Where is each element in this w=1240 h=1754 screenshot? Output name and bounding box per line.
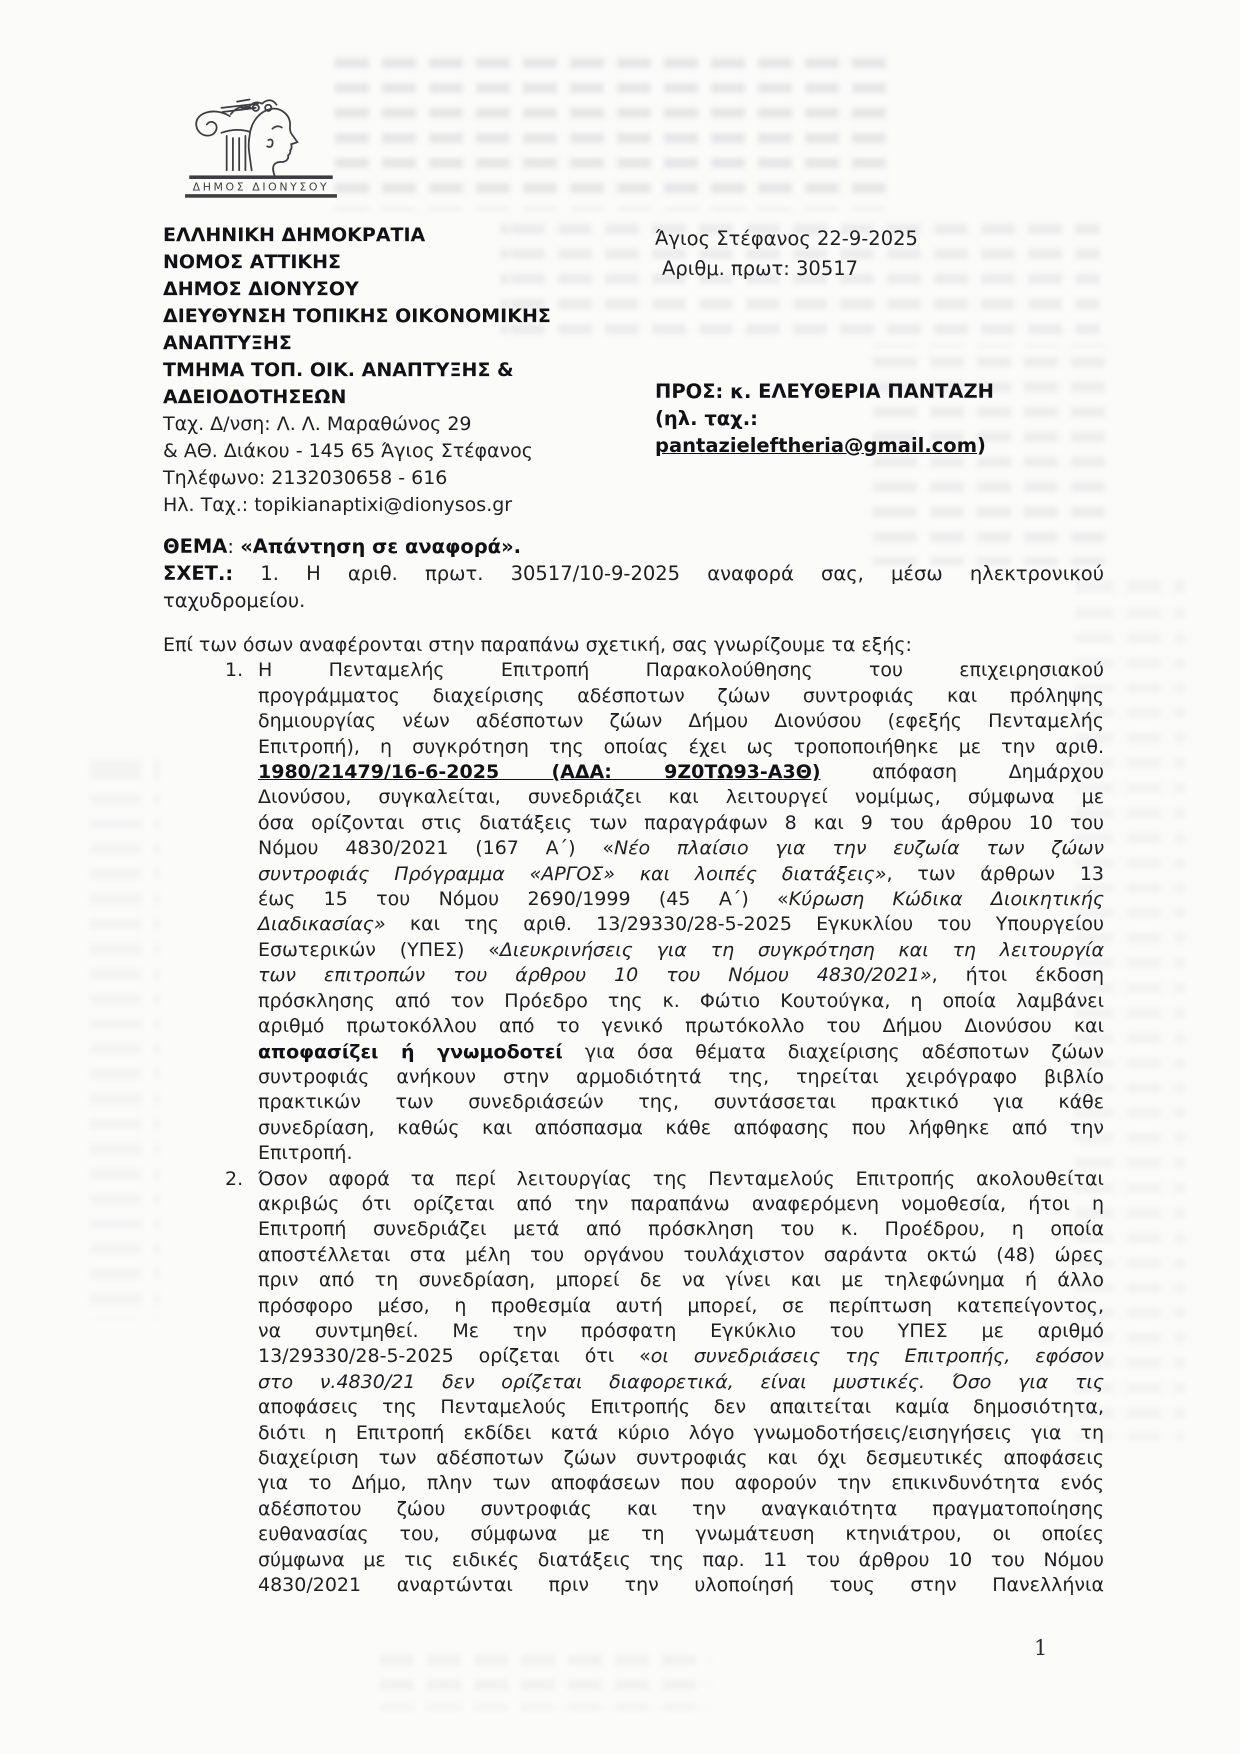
bleedthrough-artifact — [380, 1655, 710, 1710]
page-number: 1 — [1034, 1636, 1047, 1660]
sender-agency-lines: ΕΛΛΗΝΙΚΗ ΔΗΜΟΚΡΑΤΙΑΝΟΜΟΣ ΑΤΤΙΚΗΣΔΗΜΟΣ ΔΙ… — [163, 222, 633, 411]
bleedthrough-artifact — [335, 58, 895, 210]
text-line: Τηλέφωνο: 2132030658 - 616 — [163, 465, 633, 492]
text-line: αποστέλλεται στα μέλη του οργάνου τουλάχ… — [258, 1243, 1104, 1268]
text-line: πρόσκλησης από τον Πρόεδρο της κ. Φώτιο … — [258, 989, 1104, 1014]
text-line: ΝΟΜΟΣ ΑΤΤΙΚΗΣ — [163, 249, 633, 276]
place-date: Άγιος Στέφανος 22-9-2025 — [655, 224, 1085, 254]
text-line: αποφασίζει ή γνωμοδοτεί για όσα θέματα δ… — [258, 1040, 1104, 1065]
letter-body: Επί των όσων αναφέρονται στην παραπάνω σ… — [163, 633, 1104, 1598]
text-line: αδέσποτου ζώου συντροφιάς και την αναγκα… — [258, 1497, 1104, 1522]
text-line: 4830/2021 αναρτώνται πριν την υλοποίησή … — [258, 1573, 1104, 1598]
text-line: διαχείριση των αδέσποτων ζώων συντροφιάς… — [258, 1446, 1104, 1471]
text-line: & ΑΘ. Διάκου - 145 65 Άγιος Στέφανος — [163, 438, 633, 465]
text-line: Διαδικασίας» και της αριθ. 13/29330/28-5… — [258, 912, 1104, 937]
scanned-letter-page: ΔΗΜΟΣ ΔΙΟΝΥΣΟΥ ΕΛΛΗΝΙΚΗ ΔΗΜΟΚΡΑΤΙΑΝΟΜΟΣ … — [0, 0, 1240, 1754]
list-item-text: Η Πενταμελής Επιτροπή Παρακολούθησης του… — [258, 658, 1104, 1166]
intro-line: Επί των όσων αναφέρονται στην παραπάνω σ… — [163, 633, 1104, 658]
text-line: Όσον αφορά τα περί λειτουργίας της Πεντα… — [258, 1167, 1104, 1192]
text-line: ακριβώς ότι ορίζεται από την παραπάνω αν… — [258, 1192, 1104, 1217]
text-line: πρακτικών των συνεδριάσεών της, συντάσσε… — [258, 1090, 1104, 1115]
text-line: στο ν.4830/21 δεν ορίζεται διαφορετικά, … — [258, 1370, 1104, 1395]
list-item-2: 2. Όσον αφορά τα περί λειτουργίας της Πε… — [163, 1167, 1104, 1599]
text-line: δημιουργίας νέων αδέσποτων ζώων Δήμου Δι… — [258, 709, 1104, 734]
text-line: όσα ορίζονται στις διατάξεις των παραγρά… — [258, 811, 1104, 836]
list-item-1: 1. Η Πενταμελής Επιτροπή Παρακολούθησης … — [163, 658, 1104, 1166]
text-line: Διονύσου, συγκαλείται, συνεδριάζει και λ… — [258, 785, 1104, 810]
recipient-block: ΠΡΟΣ: κ. ΕΛΕΥΘΕΡΙΑ ΠΑΝΤΑΖΗ(ηλ. ταχ.:pant… — [655, 378, 1085, 459]
text-line: ΘΕΜΑ: «Απάντηση σε αναφορά». — [163, 533, 1104, 560]
text-line: συντροφιάς Πρόγραμμα «ΑΡΓΟΣ» και λοιπές … — [258, 862, 1104, 887]
text-line: 1980/21479/16-6-2025 (ΑΔΑ: 9Ζ0ΤΩ93-Α3Θ) … — [258, 760, 1104, 785]
text-line: (ηλ. ταχ.: — [655, 405, 1085, 432]
protocol-number: Αριθμ. πρωτ: 30517 — [655, 254, 1085, 284]
text-line: των επιτροπών του άρθρου 10 του Νόμου 48… — [258, 963, 1104, 988]
text-line: ΠΡΟΣ: κ. ΕΛΕΥΘΕΡΙΑ ΠΑΝΤΑΖΗ — [655, 378, 1085, 405]
text-line: συνεδρίαση, καθώς και απόσπασμα κάθε από… — [258, 1116, 1104, 1141]
text-line: να συντμηθεί. Με την πρόσφατη Εγκύκλιο τ… — [258, 1319, 1104, 1344]
text-line: Ηλ. Ταχ.: topikianaptixi@dionysos.gr — [163, 492, 633, 519]
text-line: 13/29330/28-5-2025 ορίζεται ότι «οι συνε… — [258, 1344, 1104, 1369]
text-line: πρόσφορο μέσο, η προθεσμία αυτή μπορεί, … — [258, 1294, 1104, 1319]
text-line: Νόμου 4830/2021 (167 Α΄) «Νέο πλαίσιο γι… — [258, 836, 1104, 861]
text-line: ευθανασίας του, σύμφωνα με τη γνωμάτευση… — [258, 1522, 1104, 1547]
text-line: Εσωτερικών (ΥΠΕΣ) «Διευκρινήσεις για τη … — [258, 938, 1104, 963]
text-line: σύμφωνα με τις ειδικές διατάξεις της παρ… — [258, 1548, 1104, 1573]
text-line: αποφάσεις της Πενταμελούς Επιτροπής δεν … — [258, 1395, 1104, 1420]
sender-contact-lines: Ταχ. Δ/νση: Λ. Λ. Μαραθώνος 29& ΑΘ. Διάκ… — [163, 411, 633, 519]
text-line: Επιτροπή), η συγκρότηση της οποίας έχει … — [258, 735, 1104, 760]
meta-block: Άγιος Στέφανος 22-9-2025 Αριθμ. πρωτ: 30… — [655, 224, 1085, 284]
column-head-icon: ΔΗΜΟΣ ΔΙΟΝΥΣΟΥ — [183, 96, 339, 206]
text-line: pantazieleftheria@gmail.com) — [655, 432, 1085, 459]
text-line: ΑΔΕΙΟΔΟΤΗΣΕΩΝ — [163, 384, 633, 411]
text-line: ΔΙΕΥΘΥΝΣΗ ΤΟΠΙΚΗΣ ΟΙΚΟΝΟΜΙΚΗΣ — [163, 303, 633, 330]
list-item-number: 2. — [225, 1167, 257, 1192]
text-line: Επιτροπή. — [258, 1141, 1104, 1166]
text-line: συντροφιάς ανήκουν στην αρμοδιότητά της,… — [258, 1065, 1104, 1090]
subject-block: ΘΕΜΑ: «Απάντηση σε αναφορά».ΣΧΕΤ.: 1. Η … — [163, 533, 1104, 614]
text-line: διότι η Επιτροπή εκδίδει κατά κύριο λόγο… — [258, 1421, 1104, 1446]
text-line: προγράμματος διαχείρισης αδέσποτων ζώων … — [258, 684, 1104, 709]
text-line: για το Δήμο, πλην των αποφάσεων που αφορ… — [258, 1471, 1104, 1496]
bleedthrough-artifact — [90, 760, 160, 1320]
text-line: ΤΜΗΜΑ ΤΟΠ. ΟΙΚ. ΑΝΑΠΤΥΞΗΣ & — [163, 357, 633, 384]
text-line: Η Πενταμελής Επιτροπή Παρακολούθησης του… — [258, 658, 1104, 683]
text-line: ΕΛΛΗΝΙΚΗ ΔΗΜΟΚΡΑΤΙΑ — [163, 222, 633, 249]
text-line: έως 15 του Νόμου 2690/1999 (45 Α΄) «Κύρω… — [258, 887, 1104, 912]
text-line: Επιτροπή συνεδριάζει μετά από πρόσκληση … — [258, 1217, 1104, 1242]
sender-block: ΕΛΛΗΝΙΚΗ ΔΗΜΟΚΡΑΤΙΑΝΟΜΟΣ ΑΤΤΙΚΗΣΔΗΜΟΣ ΔΙ… — [163, 222, 633, 519]
text-line: ΔΗΜΟΣ ΔΙΟΝΥΣΟΥ — [163, 276, 633, 303]
list-item-number: 1. — [225, 658, 257, 683]
text-line: πριν από τη συνεδρίαση, μπορεί δε να γίν… — [258, 1268, 1104, 1293]
logo-caption: ΔΗΜΟΣ ΔΙΟΝΥΣΟΥ — [193, 181, 330, 194]
text-line: ΑΝΑΠΤΥΞΗΣ — [163, 330, 633, 357]
list-item-text: Όσον αφορά τα περί λειτουργίας της Πεντα… — [258, 1167, 1104, 1599]
text-line: ΣΧΕΤ.: 1. Η αριθ. πρωτ. 30517/10-9-2025 … — [163, 560, 1104, 587]
text-line: Ταχ. Δ/νση: Λ. Λ. Μαραθώνος 29 — [163, 411, 633, 438]
municipality-logo: ΔΗΜΟΣ ΔΙΟΝΥΣΟΥ — [183, 96, 339, 206]
text-line: αριθμό πρωτοκόλλου από το γενικό πρωτόκο… — [258, 1014, 1104, 1039]
text-line: ταχυδρομείου. — [163, 587, 1104, 614]
